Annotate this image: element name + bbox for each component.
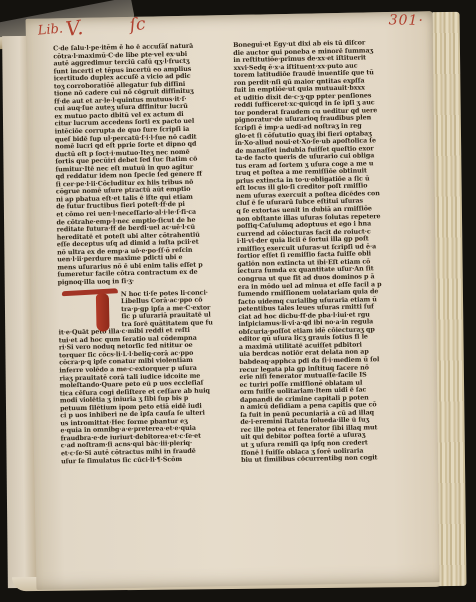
right-text-column: Boneguī·et Egy·ut dixi ab eis tū diſcord… [233,38,439,464]
rubric-initial-letter: I [98,294,108,330]
library-mark-annotation: Lib. [37,21,63,38]
rubric-initial-topbar [62,288,118,296]
book-photograph: Lib. V. ſc 301· C·de ſalu·l·pe·itēm ē ho… [0,0,476,602]
paragraph2-indented-lines: N hoc ti·ſe potes li·conci·Libellus Corā… [121,288,240,328]
book-fore-edge [432,12,466,586]
left-column-paragraph2: I N hoc ti·ſe potes li·conci·Libellus Co… [58,283,242,465]
left-column-block1: C·de ſalu·l·pe·itēm ē ho ē accuſāſ natur… [53,42,239,287]
left-text-column: C·de ſalu·l·pe·itēm ē ho ē accuſāſ natur… [53,42,242,465]
paragraph2-full-lines: it·e·Quāt peto illa·c·mibi reddi et reſt… [59,326,243,465]
book-page: Lib. V. ſc 301· C·de ſalu·l·pe·itēm ē ho… [26,11,444,590]
volume-mark-annotation: V. [64,15,84,41]
flourish-mark-annotation: ſc [129,14,147,36]
folio-number-annotation: 301· [389,12,424,29]
